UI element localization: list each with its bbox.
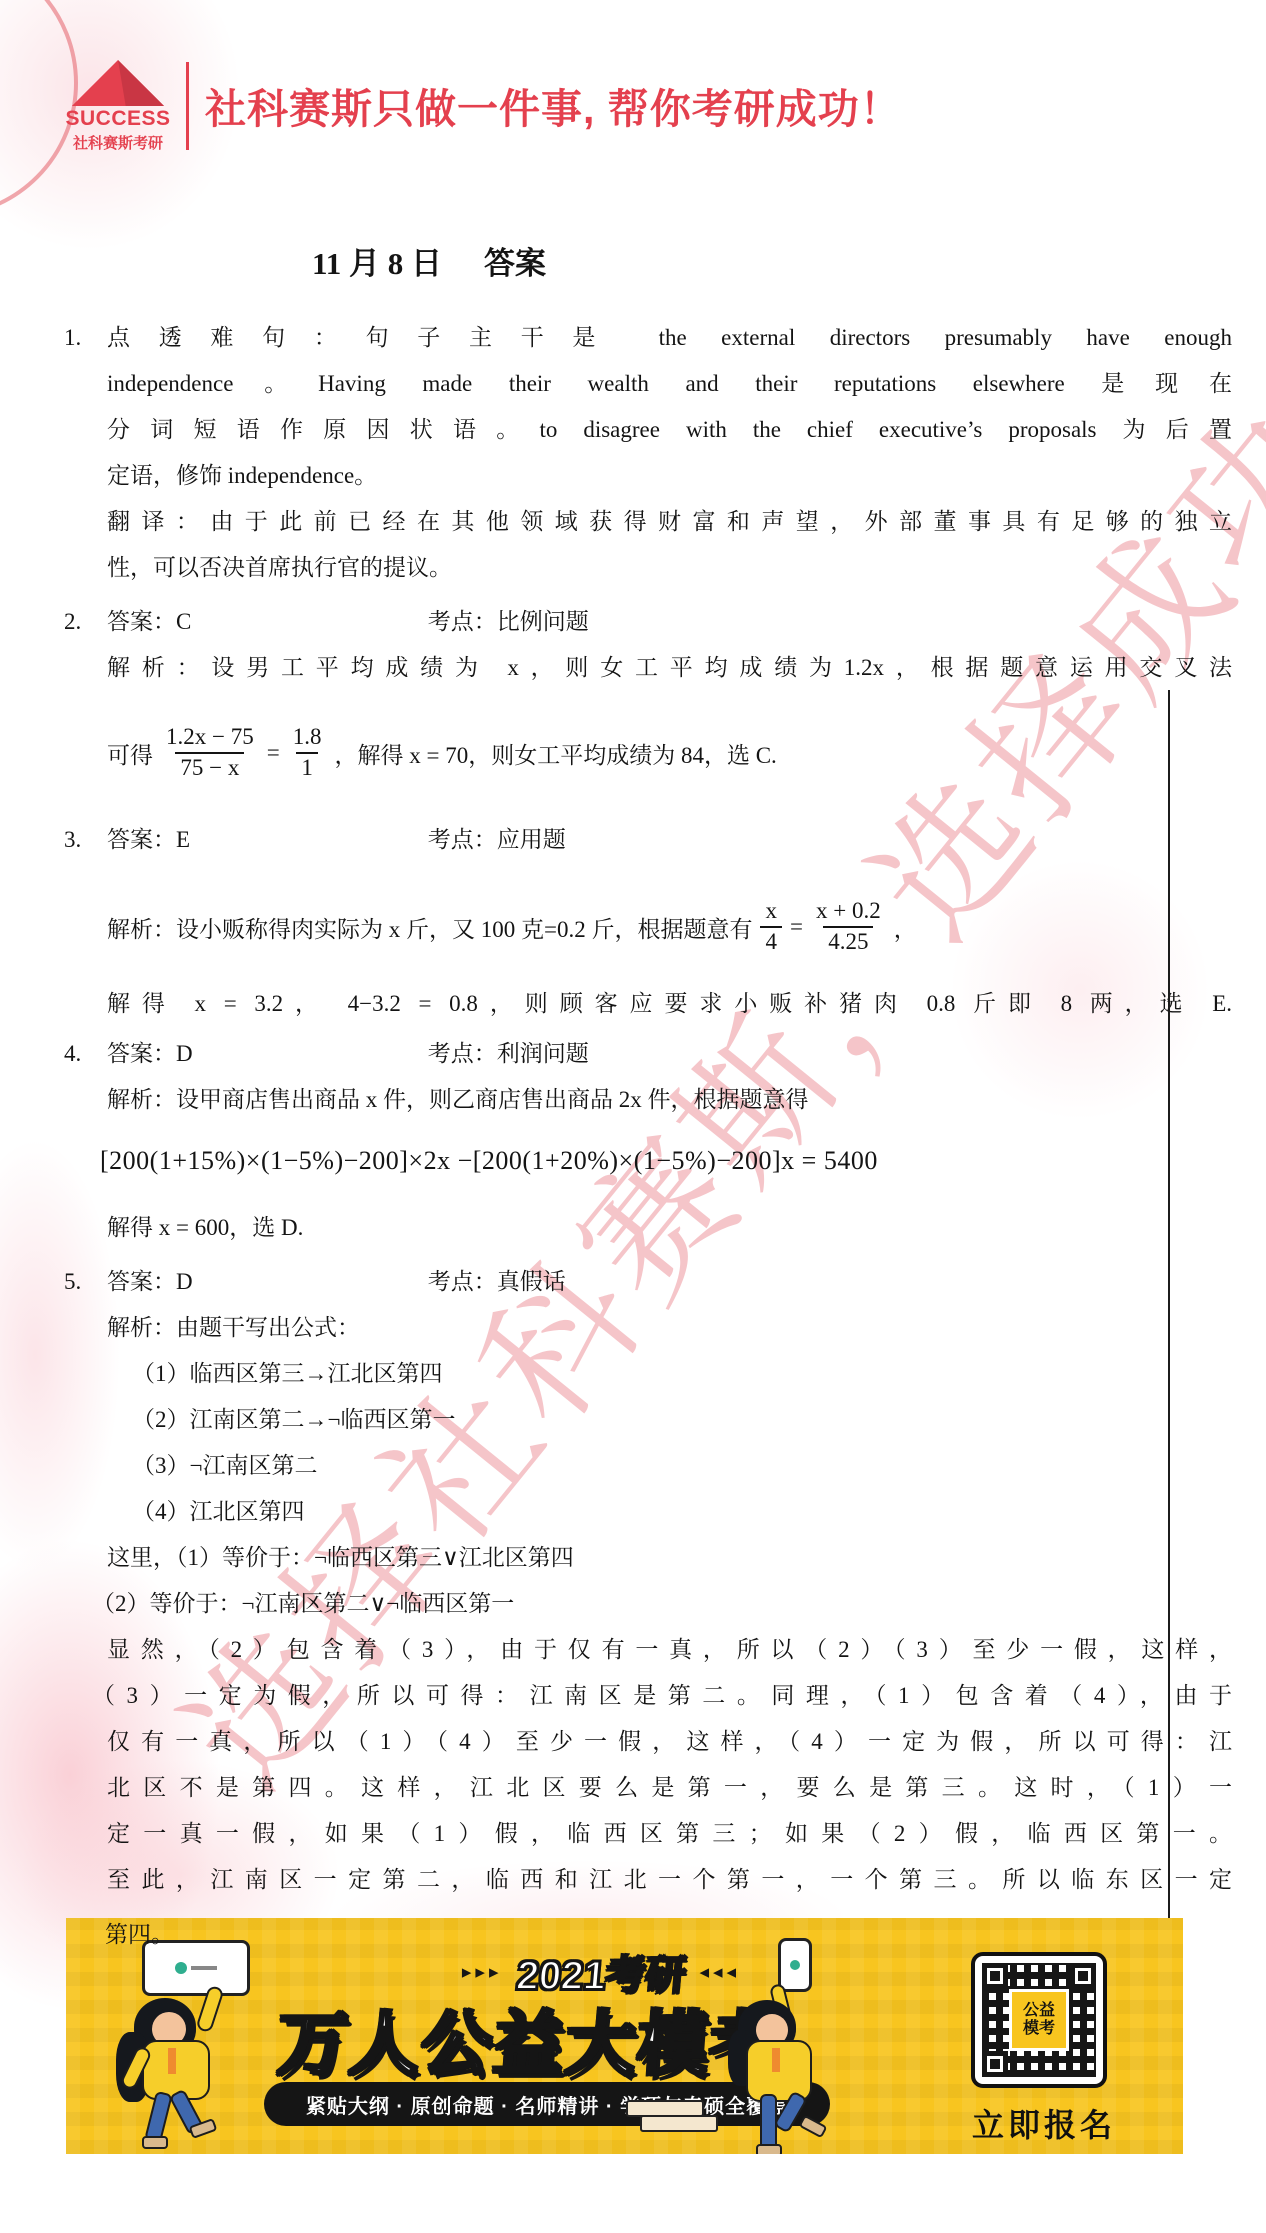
qr-pattern: 公益 模考 — [982, 1963, 1096, 2077]
item1-line: 分词短语作原因状语。to disagree with the chief exe… — [62, 407, 1232, 453]
item4-answer-line: 4. 答案：D 考点：利润问题 — [62, 1031, 1232, 1077]
logo-wordmark: SUCCESS — [65, 108, 170, 130]
fraction-denominator: 75 − x — [175, 752, 244, 783]
document-page: 选择社科赛斯，选择成功 SUCCESS 社科赛斯考研 社科赛斯只做一件事, 帮你… — [0, 0, 1266, 2233]
item5-final-line: 第四。 — [105, 1912, 174, 1958]
formula-suffix: ，解得 x = 70，则女工平均成绩为 84，选 C. — [334, 737, 776, 770]
item-number: 3. — [64, 817, 104, 863]
banner-headline: 万人公益大模考 — [274, 1988, 785, 2089]
item2-answer-line: 2. 答案：C 考点：比例问题 — [62, 599, 1232, 645]
answer-value: 答案：D — [107, 1259, 422, 1305]
item3-explanation-formula: 解析：设小贩称得肉实际为 x 斤，又 100 克=0.2 斤，根据题意有 x 4… — [62, 881, 1232, 973]
topic-value: 考点：利润问题 — [428, 1041, 589, 1066]
item1-line: 翻译：由于此前已经在其他领域获得财富和声望，外部董事具有足够的独立 — [62, 499, 1232, 545]
topic-value: 考点：真假话 — [428, 1269, 566, 1294]
fraction: 1.2x − 75 75 − x — [161, 723, 259, 783]
logic-line: （1）临西区第三→江北区第四 — [62, 1351, 1232, 1397]
fraction-denominator: 1 — [296, 752, 318, 783]
explanation-text: 解析：设小贩称得肉实际为 x 斤，又 100 克=0.2 斤，根据题意有 — [107, 911, 752, 944]
item5-line: （2）等价于：¬江南区第二∨¬临西区第一 — [62, 1581, 1232, 1627]
title-date: 11 月 8 日 — [312, 238, 442, 283]
revision-bar — [1168, 690, 1170, 1918]
fraction-numerator: 1.8 — [288, 723, 327, 752]
fraction-numerator: x + 0.2 — [811, 897, 886, 926]
equals-sign: = — [790, 914, 803, 940]
item1-line: 定语，修饰 independence。 — [62, 453, 1232, 499]
logic-line: （4）江北区第四 — [62, 1489, 1232, 1535]
qr-finder-icon — [982, 1963, 1008, 1989]
item5-line: 解析：由题干写出公式： — [62, 1305, 1232, 1351]
fraction: x 4 — [760, 897, 782, 957]
item1-line: 1. 点透难句：句子主干是 the external directors pre… — [62, 315, 1232, 361]
logic-line: （3）¬江南区第二 — [62, 1443, 1232, 1489]
topic-value: 考点：比例问题 — [428, 609, 589, 634]
qr-code: 公益 模考 — [971, 1952, 1107, 2088]
title-label: 答案 — [484, 238, 546, 283]
phone-icon — [778, 1938, 812, 1992]
signup-cta: 立即报名 — [959, 2100, 1129, 2146]
girl-illustration-left — [94, 1940, 274, 2140]
logo-subtitle: 社科赛斯考研 — [73, 132, 163, 153]
fraction-numerator: 1.2x − 75 — [161, 723, 259, 752]
item5-line: 显然，（2）包含着（3），由于仅有一真，所以（2）（3）至少一假，这样， — [62, 1627, 1232, 1673]
item5-line: 这里，（1）等价于：¬临西区第三∨江北区第四 — [62, 1535, 1232, 1581]
item5-line: （3）一定为假，所以可得：江南区是第二。同理，（1）包含着（4），由于 — [62, 1673, 1232, 1719]
qr-label-top: 公益 — [1023, 2002, 1055, 2020]
qr-label-bottom: 模考 — [1023, 2020, 1055, 2038]
qr-center-label: 公益 模考 — [1009, 1989, 1069, 2051]
item-number: 2. — [64, 599, 104, 645]
item5-line: 至此，江南区一定第二，临西和江北一个第一，一个第三。所以临东区一定 — [62, 1857, 1232, 1903]
mountain-logo-icon — [70, 58, 166, 108]
item-number: 1. — [64, 315, 104, 361]
fraction: x + 0.2 4.25 — [811, 897, 886, 957]
item4-formula: [200(1+15%)×(1−5%)−200]×2x −[200(1+20%)×… — [62, 1131, 1232, 1191]
answer-value: 答案：E — [107, 817, 422, 863]
brand-logo: SUCCESS 社科赛斯考研 — [62, 58, 174, 153]
equals-sign: = — [267, 740, 280, 766]
item5-line: 北区不是第四。这样，江北区要么是第一，要么是第三。这时，（1）一 — [62, 1765, 1232, 1811]
item-number: 4. — [64, 1031, 104, 1077]
item4-explanation: 解析：设甲商店售出商品 x 件，则乙商店售出商品 2x 件，根据题意得 — [62, 1077, 1232, 1123]
item5-line: 定一真一假，如果（1）假，临西区第三；如果（2）假，临西区第一。 — [62, 1811, 1232, 1857]
header: SUCCESS 社科赛斯考研 社科赛斯只做一件事, 帮你考研成功！ — [62, 58, 902, 153]
header-divider — [186, 62, 189, 150]
brand-slogan: 社科赛斯只做一件事, 帮你考研成功！ — [205, 76, 902, 135]
item5-answer-line: 5. 答案：D 考点：真假话 — [62, 1259, 1232, 1305]
item2-explanation: 解析：设男工平均成绩为 x，则女工平均成绩为1.2x，根据题意运用交叉法 — [62, 645, 1232, 691]
fraction-denominator: 4 — [760, 926, 782, 957]
item2-formula: 可得 1.2x − 75 75 − x = 1.8 1 ，解得 x = 70，则… — [62, 707, 1232, 799]
page-title: 11 月 8 日 答案 — [312, 238, 546, 283]
formula-prefix: 可得 — [107, 737, 153, 770]
item4-conclusion: 解得 x = 600，选 D. — [62, 1205, 1232, 1251]
fraction: 1.8 1 — [288, 723, 327, 783]
ad-banner: ▸▸▸ 2021考研 ◂◂◂ 万人公益大模考 紧贴大纲 · 原创命题 · 名师精… — [66, 1918, 1183, 2154]
girl-illustration-right — [716, 1934, 866, 2144]
qr-finder-icon — [982, 2051, 1008, 2077]
formula-suffix: ， — [894, 911, 917, 944]
answer-content: 1. 点透难句：句子主干是 the external directors pre… — [62, 315, 1232, 1903]
item-number: 5. — [64, 1259, 104, 1305]
item1-text: 点透难句：句子主干是 the external directors presum… — [107, 325, 1232, 350]
qr-finder-icon — [1070, 1963, 1096, 1989]
arrows-right-icon: ▸▸▸ — [462, 1961, 503, 1984]
fraction-denominator: 4.25 — [823, 926, 873, 957]
item3-conclusion: 解得 x = 3.2， 4−3.2 = 0.8，则顾客应要求小贩补猪肉 0.8 … — [62, 981, 1232, 1027]
answer-value: 答案：D — [107, 1031, 422, 1077]
answer-value: 答案：C — [107, 599, 422, 645]
item5-line: 仅有一真，所以（1）（4）至少一假，这样，（4）一定为假，所以可得：江 — [62, 1719, 1232, 1765]
item1-line: 性，可以否决首席执行官的提议。 — [62, 545, 1232, 591]
fraction-numerator: x — [760, 897, 782, 926]
logic-line: （2）江南区第二→¬临西区第一 — [62, 1397, 1232, 1443]
item1-line: independence。Having made their wealth an… — [62, 361, 1232, 407]
topic-value: 考点：应用题 — [428, 827, 566, 852]
item3-answer-line: 3. 答案：E 考点：应用题 — [62, 817, 1232, 863]
